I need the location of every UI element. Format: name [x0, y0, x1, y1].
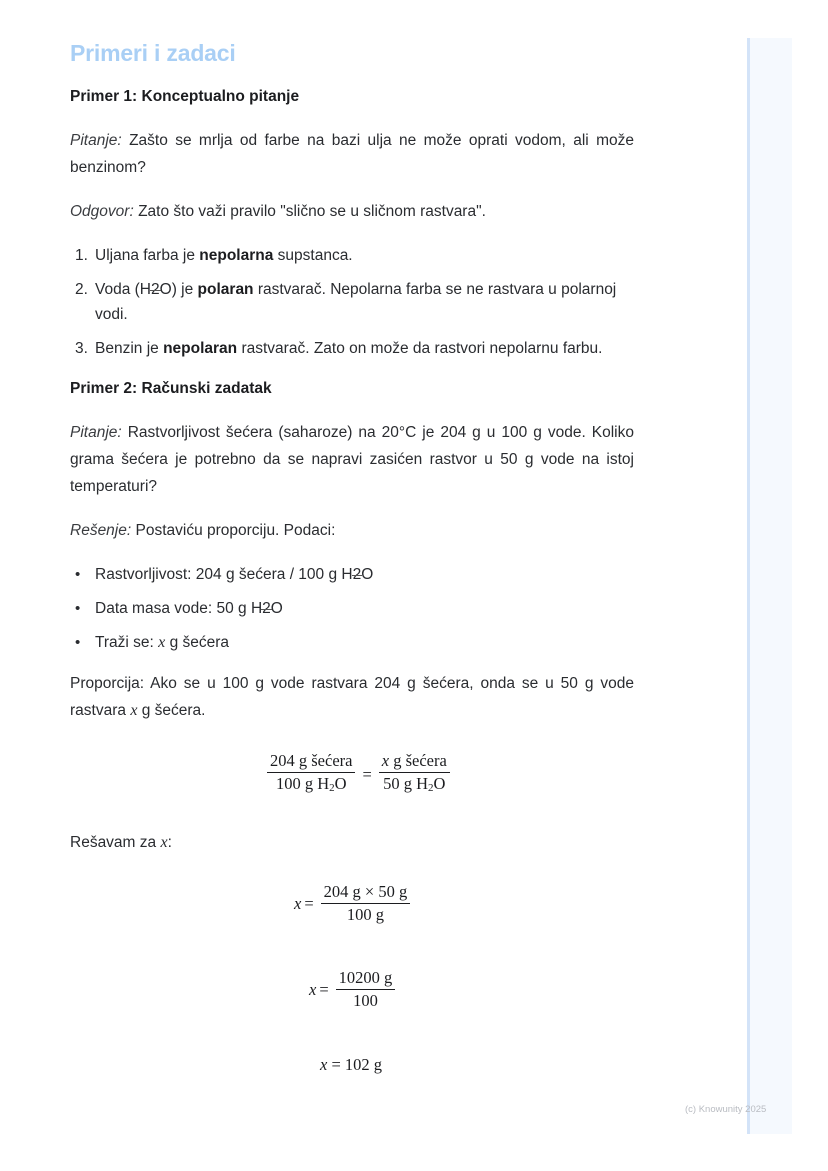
data-list: •Rastvorljivost: 204 g šećera / 100 g H2…: [70, 562, 634, 664]
solution-label: Rešenje:: [70, 522, 131, 539]
side-panel: [747, 38, 792, 1134]
example1-heading: Primer 1: Konceptualno pitanje: [70, 88, 299, 106]
example1-answer: Odgovor: Zato što važi pravilo "slično s…: [70, 198, 634, 225]
list-item: •Data masa vode: 50 g H2O: [70, 596, 634, 621]
answer-label: Odgovor:: [70, 203, 134, 220]
question-text: Rastvorljivost šećera (saharoze) na 20°C…: [70, 424, 634, 495]
example2-solution: Rešenje: Postaviću proporciju. Podaci:: [70, 517, 634, 544]
proportion-text: Proporcija: Ako se u 100 g vode rastvara…: [70, 670, 634, 724]
example2-heading: Primer 2: Računski zadatak: [70, 380, 272, 398]
equation-step-2: x = 10200 g100: [309, 968, 399, 1011]
list-item: •Traži se: x g šećera: [70, 630, 634, 655]
explanation-list: 1.Uljana farba je nepolarna supstanca. 2…: [70, 243, 634, 370]
copyright-footer: (c) Knowunity 2025: [685, 1104, 766, 1115]
page-title: Primeri i zadaci: [70, 40, 236, 67]
solution-text: Postaviću proporciju. Podaci:: [131, 522, 335, 539]
example2-question: Pitanje: Rastvorljivost šećera (saharoze…: [70, 419, 634, 500]
solve-for-text: Rešavam za x:: [70, 829, 634, 856]
question-label: Pitanje:: [70, 424, 122, 441]
question-text: Zašto se mrlja od farbe na bazi ulja ne …: [70, 132, 634, 176]
equation-result: x = 102 g: [320, 1055, 382, 1075]
proportion-equation: 204 g šećera100 g H2O = x g šećera50 g H…: [263, 751, 454, 798]
example1-question: Pitanje: Zašto se mrlja od farbe na bazi…: [70, 127, 634, 181]
question-label: Pitanje:: [70, 132, 122, 149]
equation-step-1: x = 204 g × 50 g100 g: [294, 882, 414, 925]
answer-text: Zato što važi pravilo "slično se u sličn…: [134, 203, 486, 220]
list-item: 3.Benzin je nepolaran rastvarač. Zato on…: [70, 336, 634, 361]
list-item: 1.Uljana farba je nepolarna supstanca.: [70, 243, 634, 268]
list-item: •Rastvorljivost: 204 g šećera / 100 g H2…: [70, 562, 634, 587]
list-item: 2.Voda (H2O) je polaran rastvarač. Nepol…: [70, 277, 634, 327]
